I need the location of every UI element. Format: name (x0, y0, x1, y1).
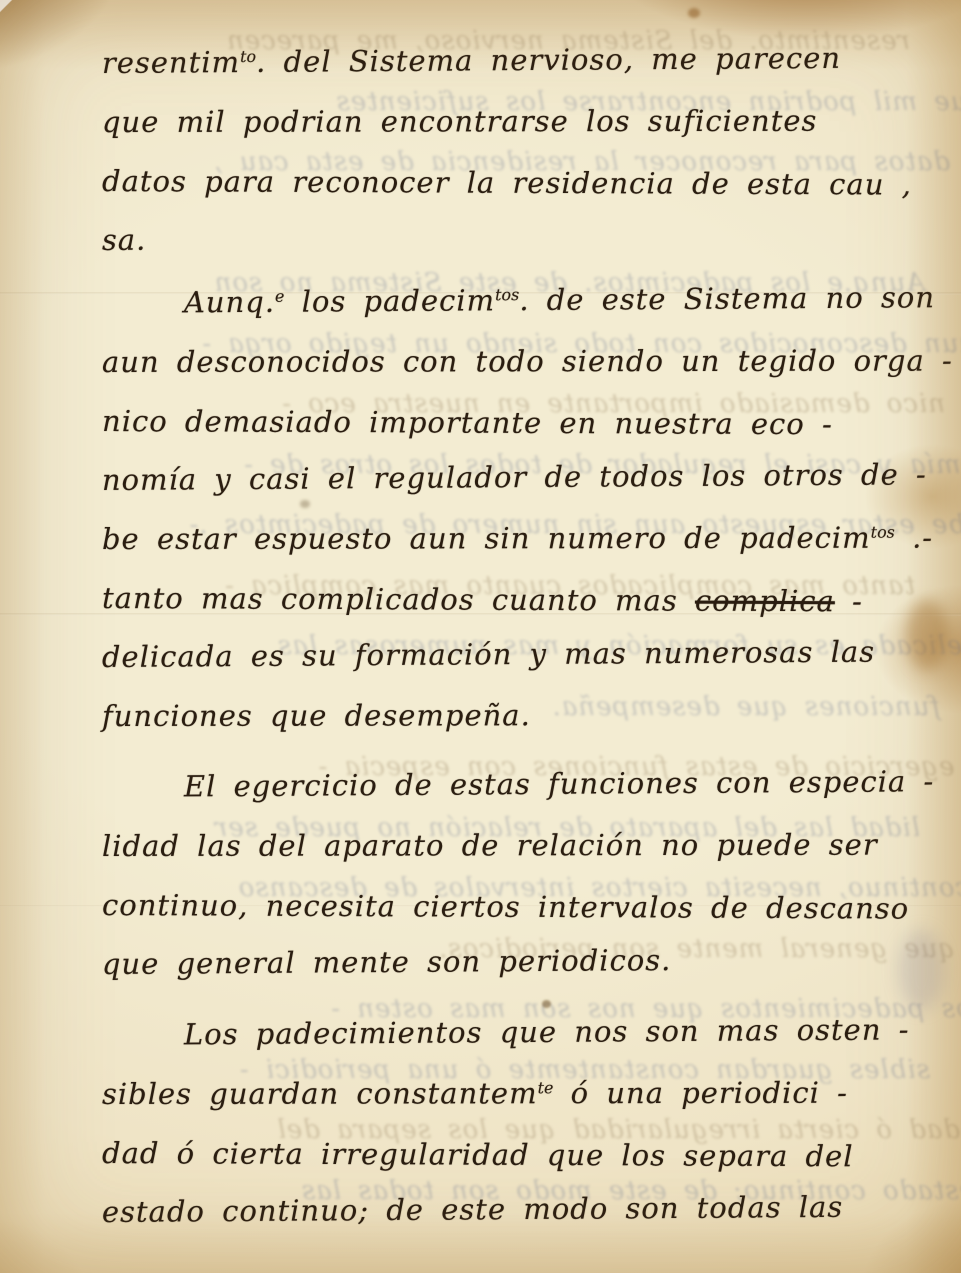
handwritten-text: datos para reconocer la residencia de es… (102, 164, 912, 202)
handwritten-text: nomía y casi el regulador de todos los o… (102, 457, 927, 497)
paragraph: Aunq.e los padecimtos. de este Sistema n… (102, 286, 961, 758)
handwritten-text: sa. (102, 223, 147, 257)
struck-out-word: complica (695, 584, 835, 619)
manuscript-line: que mil podrian encontrarse los suficien… (102, 104, 961, 164)
superscript-abbreviation: to (240, 47, 256, 66)
handwritten-text: . del Sistema nervioso, me parecen (256, 41, 841, 79)
handwritten-text: aun desconocidos con todo siendo un tegi… (102, 344, 953, 379)
manuscript-sheet: resentimto. del Sistema nervioso, me par… (0, 0, 961, 1254)
handwritten-text: ó una periodici - (553, 1076, 848, 1111)
manuscript-page: resentimto. del Sistema nervioso, me par… (0, 0, 961, 1273)
handwritten-text: funciones que desempeña. (102, 698, 531, 733)
superscript-abbreviation: e (275, 287, 285, 306)
manuscript-line: delicada es su formación y mas numerosas… (102, 634, 961, 699)
handwritten-text: El egercicio de estas funciones con espe… (184, 764, 935, 803)
handwritten-text: .- (895, 521, 933, 555)
superscript-abbreviation: tos (495, 285, 519, 304)
handwritten-text: los padecim (284, 283, 495, 318)
handwritten-text: resentim (102, 45, 240, 80)
paragraph: resentimto. del Sistema nervioso, me par… (102, 46, 961, 282)
handwritten-text: que mil podrian encontrarse los suficien… (102, 104, 817, 139)
superscript-abbreviation: tos (871, 523, 895, 542)
handwritten-text: Aunq. (184, 285, 275, 320)
manuscript-line: aun desconocidos con todo siendo un tegi… (102, 344, 961, 404)
superscript-abbreviation: te (538, 1078, 554, 1097)
handwritten-text: delicada es su formación y mas numerosas… (102, 635, 875, 674)
handwritten-text: . de este Sistema no son (519, 280, 935, 317)
manuscript-line: sibles guardan constantemte ó una period… (102, 1076, 961, 1136)
manuscript-line: El egercicio de estas funciones con espe… (102, 764, 961, 829)
manuscript-line: Los padecimientos que nos son mas osten … (102, 1012, 961, 1077)
manuscript-line: Aunq.e los padecimtos. de este Sistema n… (102, 280, 961, 345)
handwritten-text: Los padecimientos que nos son mas osten … (184, 1012, 910, 1051)
manuscript-line: be estar espuesto aun sin numero de pade… (102, 521, 961, 581)
handwritten-text: tanto mas complicados cuanto mas (102, 581, 695, 618)
handwritten-text: sibles guardan constantem (102, 1076, 538, 1111)
manuscript-line: que general mente son periodicos. (102, 941, 961, 1006)
manuscript-line: funciones que desempeña. (102, 698, 961, 758)
manuscript-line: nomía y casi el regulador de todos los o… (102, 457, 961, 522)
handwritten-text: continuo, necesita ciertos intervalos de… (102, 888, 909, 926)
handwritten-text: que general mente son periodicos. (102, 943, 672, 981)
handwritten-text: estado continuo; de este modo son todas … (102, 1190, 844, 1229)
manuscript-line: sa. (102, 217, 961, 282)
handwritten-text: dad ó cierta irregularidad que los separ… (102, 1136, 854, 1173)
manuscript-line: resentimto. del Sistema nervioso, me par… (102, 40, 961, 105)
paragraph: El egercicio de estas funciones con espe… (102, 770, 961, 1006)
handwritten-text: be estar espuesto aun sin numero de pade… (102, 521, 871, 556)
manuscript-line: lidad las del aparato de relación no pue… (102, 828, 961, 888)
handwritten-text: - (835, 584, 863, 618)
manuscript-line: estado continuo; de este modo son todas … (102, 1189, 961, 1254)
handwritten-text: lidad las del aparato de relación no pue… (102, 828, 878, 863)
handwritten-text: nico demasiado importante en nuestra eco… (102, 404, 833, 441)
paragraph: Los padecimientos que nos son mas osten … (102, 1018, 961, 1254)
